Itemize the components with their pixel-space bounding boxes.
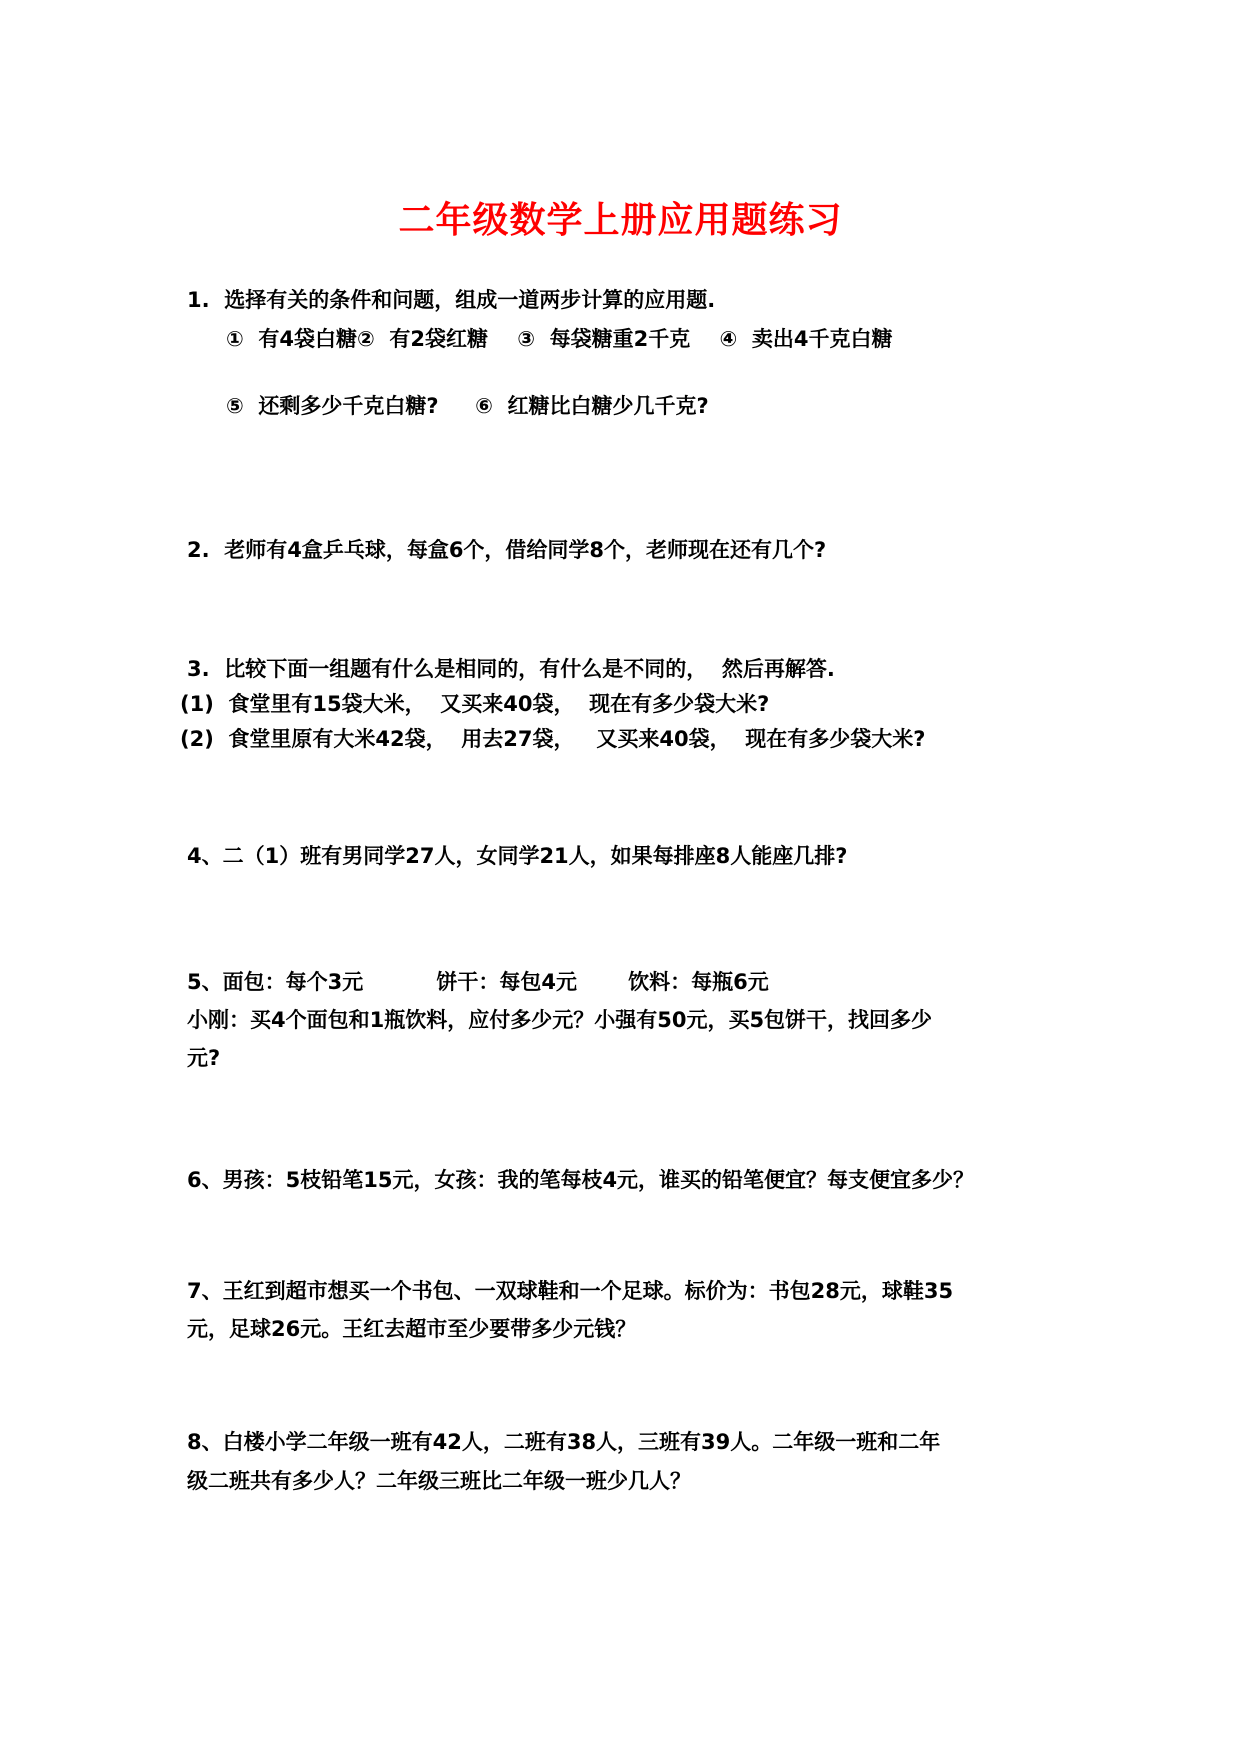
- question-1-options-row-2: ⑤ 还剩多少千克白糖? ⑥ 红糖比白糖少几千克?: [226, 392, 709, 420]
- question-5-text-line-1: 小刚：买4个面包和1瓶饮料，应付多少元？小强有50元，买5包饼干，找回多少: [187, 1006, 932, 1034]
- question-5-text-line-2: 元?: [187, 1044, 220, 1072]
- question-7-text-line-1: 7、王红到超市想买一个书包、一双球鞋和一个足球。标价为：书包28元，球鞋35: [187, 1277, 953, 1305]
- question-3-part-1: (1) 食堂里有15袋大米， 又买来40袋， 现在有多少袋大米?: [180, 690, 769, 718]
- question-3-part-2: (2) 食堂里原有大米42袋， 用去27袋， 又买来40袋， 现在有多少袋大米?: [180, 725, 925, 753]
- question-3-prompt: 3. 比较下面一组题有什么是相同的，有什么是不同的， 然后再解答.: [187, 655, 835, 683]
- question-5-price-list: 5、面包：每个3元 饼干：每包4元 饮料：每瓶6元: [187, 968, 769, 996]
- question-8-text-line-2: 级二班共有多少人？二年级三班比二年级一班少几人？: [187, 1467, 691, 1495]
- question-4-text: 4、二（1）班有男同学27人，女同学21人，如果每排座8人能座几排?: [187, 842, 847, 870]
- question-1-options-row-1: ① 有4袋白糖② 有2袋红糖 ③ 每袋糖重2千克 ④ 卖出4千克白糖: [226, 325, 893, 353]
- question-7-text-line-2: 元，足球26元。王红去超市至少要带多少元钱？: [187, 1315, 636, 1343]
- question-2-text: 2. 老师有4盒乒乓球，每盒6个，借给同学8个，老师现在还有几个?: [187, 536, 826, 564]
- question-6-text: 6、男孩：5枝铅笔15元，女孩：我的笔每枝4元，谁买的铅笔便宜？每支便宜多少？: [187, 1166, 974, 1194]
- page-title: 二年级数学上册应用题练习: [0, 192, 1241, 243]
- question-1-prompt: 1. 选择有关的条件和问题，组成一道两步计算的应用题.: [187, 286, 715, 314]
- question-8-text-line-1: 8、白楼小学二年级一班有42人，二班有38人，三班有39人。二年级一班和二年: [187, 1428, 940, 1456]
